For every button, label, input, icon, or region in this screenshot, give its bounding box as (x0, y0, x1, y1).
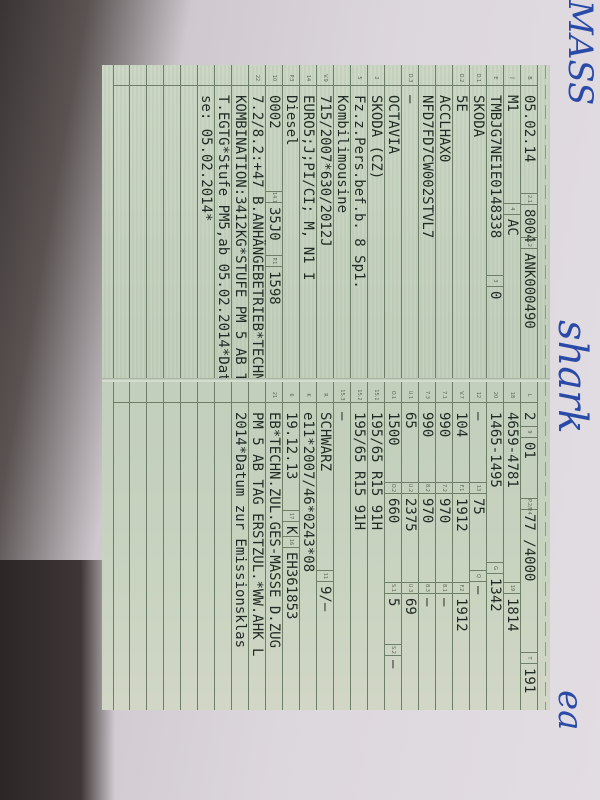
field-row: 2014*Datum zur Emissionsklas (232, 382, 249, 710)
subfield-value: 970 (419, 498, 435, 523)
field-value: Fz.z.Pers.bef.b. 8 Sp1. (351, 95, 367, 289)
field-code: J (504, 71, 520, 86)
field-value: 195/65 R15 91H (351, 412, 367, 530)
field-row: KOMBINATION:3412KG*STUFE PM 5 AB TAG ERS… (232, 65, 249, 380)
subfield-value: K (283, 526, 299, 534)
registration-document: B05.02.142.180042.2ANK000490JM14ACETMBJG… (102, 65, 550, 710)
field-row: 12–1375Q– (470, 382, 487, 710)
field-code: 18 (504, 388, 520, 403)
subfield-value: 1598 (266, 271, 282, 305)
subfield-value: EH361853 (283, 552, 299, 619)
subfield-value: 1814 (504, 598, 520, 632)
field-row: 15.2195/65 R15 91H (351, 382, 368, 710)
handwritten-note-middle: shark (549, 320, 595, 434)
field-value: ACCLHAX0 (436, 95, 452, 162)
field-row: PM 5 AB TAG ERSTZUL.*WW.AHK L (249, 382, 266, 710)
field-code: 7.1 (436, 388, 452, 403)
subfield-value: 35J0 (266, 207, 282, 241)
field-value: TMBJG7NE1E0148338 (487, 95, 503, 238)
field-code (385, 71, 401, 86)
subfield-value: 1912 (453, 598, 469, 632)
field-row (198, 382, 215, 710)
field-value: OCTAVIA (385, 95, 401, 154)
field-row: V.9715/2007*630/2012J (317, 65, 334, 380)
subfield-value: 69 (402, 598, 418, 615)
field-row: D.25E (453, 65, 470, 380)
field-value: – (334, 412, 350, 420)
field-row: 21EB*TECHN.ZUL.GES-MASSE D.ZUG (266, 382, 283, 710)
subfield-code: T (521, 652, 537, 664)
field-value: 65 (402, 412, 418, 429)
field-value: M1 (504, 95, 520, 112)
field-code (198, 388, 214, 403)
field-row: 619.12.1317K16EH361853 (283, 382, 300, 710)
handwritten-note-top: MASS (560, 0, 600, 105)
subfield-value: 660 (385, 498, 401, 523)
field-code: 20 (487, 388, 503, 403)
subfield-code: 7.2 (436, 482, 452, 494)
subfield-code: 11 (317, 570, 333, 582)
field-value: – (470, 412, 486, 420)
field-code (334, 71, 350, 86)
subfield-value: 5 (385, 598, 401, 606)
field-code (130, 71, 146, 86)
field-code: O.1 (385, 388, 401, 403)
field-row: 7.19907.29708.1– (436, 382, 453, 710)
field-row: D.1SKODA (470, 65, 487, 380)
field-value: NFD7FD7CW002STVL7 (419, 95, 435, 238)
field-code (215, 71, 231, 86)
field-row: 7.39908.29708.3– (419, 382, 436, 710)
subfield-code: S.2 (385, 644, 401, 656)
field-row: 15.1195/65 R15 91H (368, 382, 385, 710)
field-code: 15.3 (334, 388, 350, 403)
field-value: 195/65 R15 91H (368, 412, 384, 530)
field-row (181, 65, 198, 380)
subfield-value: 0 (487, 291, 503, 299)
field-row (113, 382, 130, 710)
subfield-value: 970 (436, 498, 452, 523)
field-value: 5E (453, 95, 469, 112)
field-code: 10 (266, 71, 282, 86)
subfield-code: 14.1 (266, 191, 282, 203)
field-code: V.9 (317, 71, 333, 86)
field-code: D.2 (453, 71, 469, 86)
subfield-code: P.1 (266, 255, 282, 267)
subfield-code: 13 (470, 482, 486, 494)
subfield-code: F.2 (453, 582, 469, 594)
field-code (113, 71, 129, 86)
field-value: SKODA (470, 95, 486, 137)
subfield-value: ANK000490 (521, 253, 537, 329)
field-code (181, 71, 197, 86)
subfield-code: P.2/P.4 (521, 498, 537, 510)
field-row (147, 382, 164, 710)
field-code (147, 388, 163, 403)
field-row (164, 382, 181, 710)
field-row (130, 382, 147, 710)
field-code (419, 71, 435, 86)
field-code: 6 (283, 388, 299, 403)
field-code (232, 388, 248, 403)
subfield-value: – (436, 598, 452, 606)
field-row: 14EURO5;J;PI/CI; M, N1 I (300, 65, 317, 380)
subfield-code: F.1 (453, 482, 469, 494)
field-value: 104 (453, 412, 469, 437)
field-row: L2901P.2/P.477 /4000T191 (521, 382, 538, 710)
subfield-code: 8.1 (436, 582, 452, 594)
field-value: Kombilimousine (334, 95, 350, 213)
lower-page-fields: L2901P.2/P.477 /4000T191184659-478119181… (113, 382, 538, 710)
field-code: V.7 (453, 388, 469, 403)
field-value: se: 05.02.2014* (198, 95, 214, 221)
field-code (113, 388, 129, 403)
field-row: Ke11*2007/46*0243*08 (300, 382, 317, 710)
subfield-code: U.2 (402, 482, 418, 494)
field-row: JM14AC (504, 65, 521, 380)
field-row: 227.2/8.2:+47 B.ANHÄNGEBETRIEB*TECHN.ZUL… (249, 65, 266, 380)
subfield-value: 75 (470, 498, 486, 515)
subfield-value: – (470, 586, 486, 594)
field-row: 10000214.135J0P.11598 (266, 65, 283, 380)
field-value: EB*TECHN.ZUL.GES-MASSE D.ZUG (266, 412, 282, 648)
field-row: T.EGTG*Stufe PM5,ab 05.02.2014*Datum zur… (215, 65, 232, 380)
subfield-value: AC (504, 219, 520, 236)
subfield-value: 1342 (487, 578, 503, 612)
upper-page-fields: B05.02.142.180042.2ANK000490JM14ACETMBJG… (113, 65, 538, 380)
field-value: 2 (521, 412, 537, 420)
table-shadow (0, 560, 115, 800)
field-code (215, 388, 231, 403)
field-code (147, 71, 163, 86)
subfield-value: – (385, 660, 401, 668)
perforation-line (542, 382, 550, 710)
field-value: PM 5 AB TAG ERSTZUL.*WW.AHK L (249, 412, 265, 656)
field-code: B (521, 71, 537, 86)
field-row (215, 382, 232, 710)
field-value: EURO5;J;PI/CI; M, N1 I (300, 95, 316, 280)
field-row: B05.02.142.180042.2ANK000490 (521, 65, 538, 380)
subfield-code: 9 (521, 426, 537, 438)
subfield-code: G (487, 562, 503, 574)
field-code: 21 (266, 388, 282, 403)
field-code (130, 388, 146, 403)
subfield-code: 2.1 (521, 193, 537, 205)
field-code: D.3 (402, 71, 418, 86)
field-value: SCHWARZ (317, 412, 333, 471)
subfield-value: 01 (521, 442, 537, 459)
field-code (232, 71, 248, 86)
subfield-code: 2.2 (521, 237, 537, 249)
subfield-code: 16 (283, 536, 299, 548)
field-row: 2SKODA (CZ) (368, 65, 385, 380)
field-value: Diesel (283, 95, 299, 146)
field-code: 12 (470, 388, 486, 403)
handwritten-note-bottom: ea (550, 690, 590, 730)
field-code (181, 388, 197, 403)
subfield-code: 17 (283, 510, 299, 522)
field-row: 184659-4781191814 (504, 382, 521, 710)
field-row: Kombilimousine (334, 65, 351, 380)
field-row: 201465-1495G1342 (487, 382, 504, 710)
field-value: e11*2007/46*0243*08 (300, 412, 316, 572)
field-row: U.165U.22375U.369 (402, 382, 419, 710)
upper-page: B05.02.142.180042.2ANK000490JM14ACETMBJG… (102, 65, 550, 380)
subfield-value: 2375 (402, 498, 418, 532)
field-row: V.7104F.11912F.21912 (453, 382, 470, 710)
field-row (130, 65, 147, 380)
field-code: K (300, 388, 316, 403)
field-code (249, 388, 265, 403)
subfield-code: 4 (504, 203, 520, 215)
field-value: 990 (419, 412, 435, 437)
subfield-value: 1912 (453, 498, 469, 532)
field-row: O.11500O.2660S.15S.2– (385, 382, 402, 710)
subfield-value: – (419, 598, 435, 606)
field-code: D.1 (470, 71, 486, 86)
field-code (436, 71, 452, 86)
field-code (164, 71, 180, 86)
field-value: 1500 (385, 412, 401, 446)
field-code (164, 388, 180, 403)
field-value: 4659-4781 (504, 412, 520, 488)
field-value: 715/2007*630/2012J (317, 95, 333, 247)
field-row: ACCLHAX0 (436, 65, 453, 380)
subfield-value: 77 /4000 (521, 514, 537, 581)
field-row: ETMBJG7NE1E014833830 (487, 65, 504, 380)
subfield-code: O.2 (385, 482, 401, 494)
field-row (181, 382, 198, 710)
field-row (113, 65, 130, 380)
field-row: se: 05.02.2014* (198, 65, 215, 380)
field-code: 15.1 (368, 388, 384, 403)
field-row: D.3– (402, 65, 419, 380)
field-value: SKODA (CZ) (368, 95, 384, 179)
field-row: 15.3– (334, 382, 351, 710)
subfield-code: Q (470, 570, 486, 582)
field-code: 5 (351, 71, 367, 86)
field-value: 990 (436, 412, 452, 437)
field-value: 19.12.13 (283, 412, 299, 479)
field-row: OCTAVIA (385, 65, 402, 380)
field-row: 5Fz.z.Pers.bef.b. 8 Sp1. (351, 65, 368, 380)
field-value: 05.02.14 (521, 95, 537, 162)
field-row (164, 65, 181, 380)
field-code: R (317, 388, 333, 403)
field-code (198, 71, 214, 86)
field-code: 15.2 (351, 388, 367, 403)
field-code: 14 (300, 71, 316, 86)
subfield-code: 19 (504, 582, 520, 594)
field-value: 1465-1495 (487, 412, 503, 488)
lower-page: L2901P.2/P.477 /4000T191184659-478119181… (102, 382, 550, 710)
field-code: E (487, 71, 503, 86)
subfield-value: 191 (521, 668, 537, 693)
field-row: RSCHWARZ119/– (317, 382, 334, 710)
field-code: 7.3 (419, 388, 435, 403)
field-value: 0002 (266, 95, 282, 129)
field-row: NFD7FD7CW002STVL7 (419, 65, 436, 380)
perforation-line (542, 65, 550, 380)
field-code: L (521, 388, 537, 403)
field-code: U.1 (402, 388, 418, 403)
field-code: 2 (368, 71, 384, 86)
subfield-code: S.1 (385, 582, 401, 594)
subfield-value: 9/– (317, 586, 333, 611)
field-row: P.3Diesel (283, 65, 300, 380)
field-code: P.3 (283, 71, 299, 86)
field-value: 2014*Datum zur Emissionsklas (232, 412, 248, 648)
field-value: – (402, 95, 418, 103)
subfield-code: 8.3 (419, 582, 435, 594)
field-code: 22 (249, 71, 265, 86)
subfield-code: 3 (487, 275, 503, 287)
field-row (147, 65, 164, 380)
subfield-code: U.3 (402, 582, 418, 594)
subfield-code: 8.2 (419, 482, 435, 494)
